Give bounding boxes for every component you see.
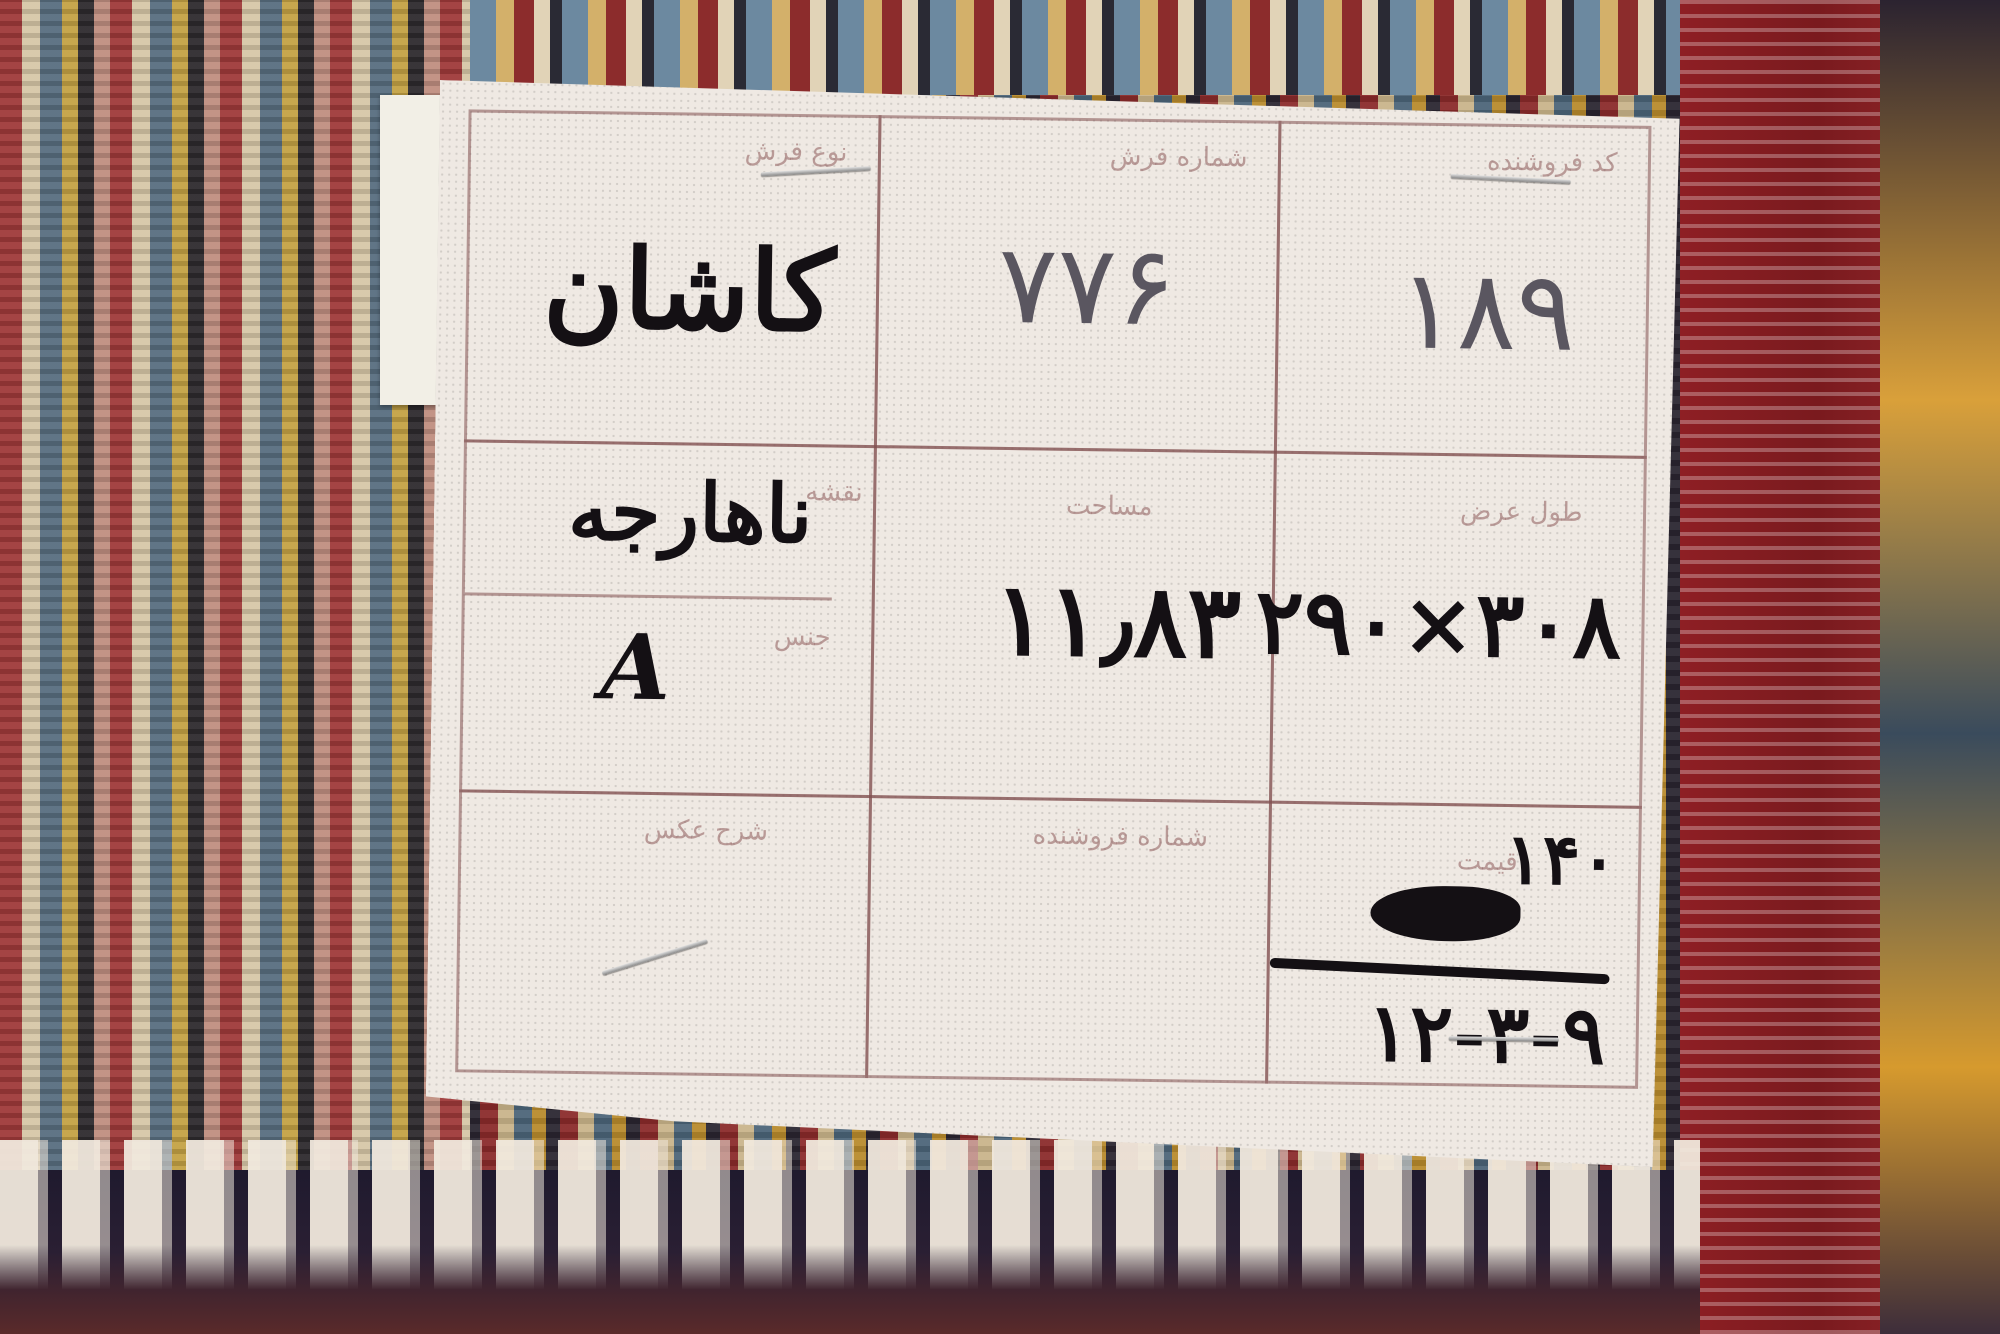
price-value: ۱۴۰ [1504, 816, 1618, 901]
cell-heading: شماره فروشنده [1032, 820, 1208, 852]
cell-price-date: قیمت ۱۴۰ ۱۲-۳-۹ [1265, 800, 1642, 1088]
cell-carpet-type: نوع فرش کاشان [463, 109, 881, 448]
carpet-fringe [0, 1140, 1700, 1290]
quality-value: A [600, 614, 671, 721]
carpet-back-weave-top [470, 0, 1700, 95]
cell-code: کد فروشنده ۱۸۹ [1273, 120, 1651, 458]
sub-divider [464, 592, 831, 600]
cell-heading: شرح عکس [644, 814, 769, 846]
label-grid: نوع فرش کاشان شماره فرش ۷۷۶ کد فروشنده ۱… [456, 110, 1649, 1086]
staple [760, 166, 870, 176]
code-value: ۱۸۹ [1397, 245, 1576, 375]
cell-carpet-number: شماره فرش ۷۷۶ [873, 115, 1281, 454]
staple [601, 938, 707, 974]
cell-area: مساحت ۱۱٫۸۳ [869, 445, 1277, 804]
cell-heading: نقشه [805, 477, 863, 508]
cell-heading: شماره فرش [1110, 141, 1248, 173]
area-value: ۱۱٫۸۳ [993, 559, 1242, 680]
cell-design-quality: نقشه ناهارجه جنس A [459, 439, 877, 798]
carpet-label: نوع فرش کاشان شماره فرش ۷۷۶ کد فروشنده ۱… [425, 80, 1680, 1167]
cell-dimensions: طول عرض ۳۰۸×۲۹۰ [1268, 450, 1646, 808]
carpet-red-border [1680, 0, 1910, 1334]
design-value: ناهارجه [568, 463, 813, 560]
cell-heading: مساحت [1066, 490, 1153, 521]
cell-heading: جنس [773, 621, 830, 652]
cell-description: شرح عکس [455, 789, 872, 1078]
carpet-front-pile [1880, 0, 2000, 1334]
cell-heading: کد فروشنده [1487, 146, 1618, 178]
date-value: ۱۲-۳-۹ [1366, 985, 1606, 1082]
carpet-type-value: کاشان [542, 223, 836, 356]
dimensions-value: ۳۰۸×۲۹۰ [1255, 568, 1622, 679]
carpet-number-value: ۷۷۶ [998, 219, 1177, 349]
cell-seller-number: شماره فروشنده [865, 795, 1272, 1084]
crossed-out-scribble [1370, 885, 1521, 942]
cell-heading: طول عرض [1460, 496, 1583, 528]
underline-stroke [1269, 957, 1609, 984]
cell-heading: نوع فرش [744, 136, 847, 167]
